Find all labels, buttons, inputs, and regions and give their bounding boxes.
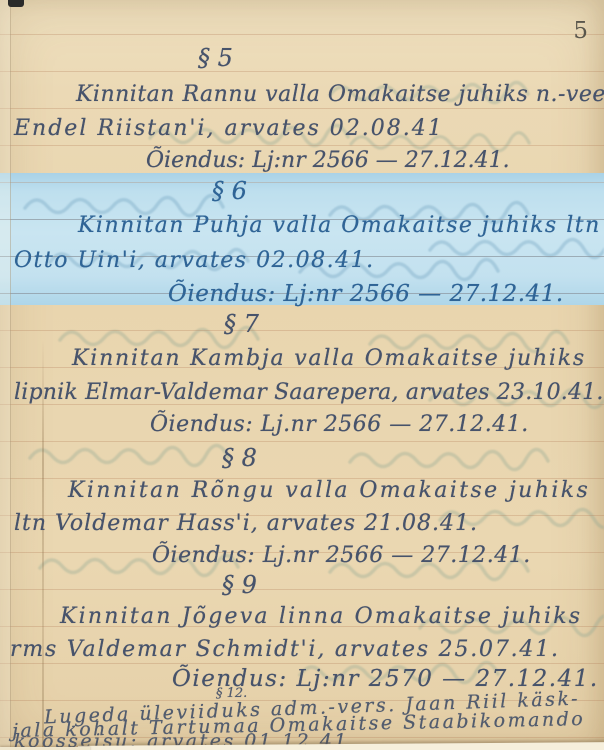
manuscript-page: 5 § 5 Kinnitan Rannu valla Omakaitse juh…: [0, 0, 604, 750]
section-heading: § 5: [198, 44, 233, 72]
manuscript-line: Õiendus: Lj:nr 2566 — 27.12.41.: [168, 281, 564, 307]
manuscript-line: Otto Uin'i, arvates 02.08.41.: [14, 248, 375, 273]
manuscript-line: lipnik Elmar-Valdemar Saarepera, arvates…: [14, 380, 604, 405]
manuscript-line: Kinnitan Puhja valla Omakaitse juhiks lt…: [78, 213, 601, 238]
clip-mark: [8, 0, 24, 7]
manuscript-line: ltn Voldemar Hass'i, arvates 21.08.41.: [14, 511, 478, 536]
manuscript-line: Kinnitan Kambja valla Omakaitse juhiks: [72, 346, 586, 371]
manuscript-line: Õiendus: Lj.nr 2566 — 27.12.41.: [152, 543, 531, 568]
manuscript-line: Kinnitan Rõngu valla Omakaitse juhiks: [68, 478, 590, 503]
section-heading: § 9: [222, 571, 257, 599]
section-heading: § 8: [222, 444, 257, 472]
manuscript-line: Endel Riistan'i, arvates 02.08.41: [14, 116, 444, 141]
section-heading: § 7: [224, 310, 259, 338]
page-number: 5: [573, 18, 588, 44]
manuscript-line: Õiendus: Lj.nr 2566 — 27.12.41.: [150, 412, 529, 437]
manuscript-line: Kinnitan Jõgeva linna Omakaitse juhiks: [60, 604, 582, 629]
section-heading: § 6: [212, 177, 247, 205]
manuscript-line: Kinnitan Rannu valla Omakaitse juhiks n.…: [76, 82, 604, 107]
manuscript-line: rms Valdemar Schmidt'i, arvates 25.07.41…: [10, 637, 560, 662]
manuscript-line: Õiendus: Lj:nr 2566 — 27.12.41.: [146, 148, 510, 173]
